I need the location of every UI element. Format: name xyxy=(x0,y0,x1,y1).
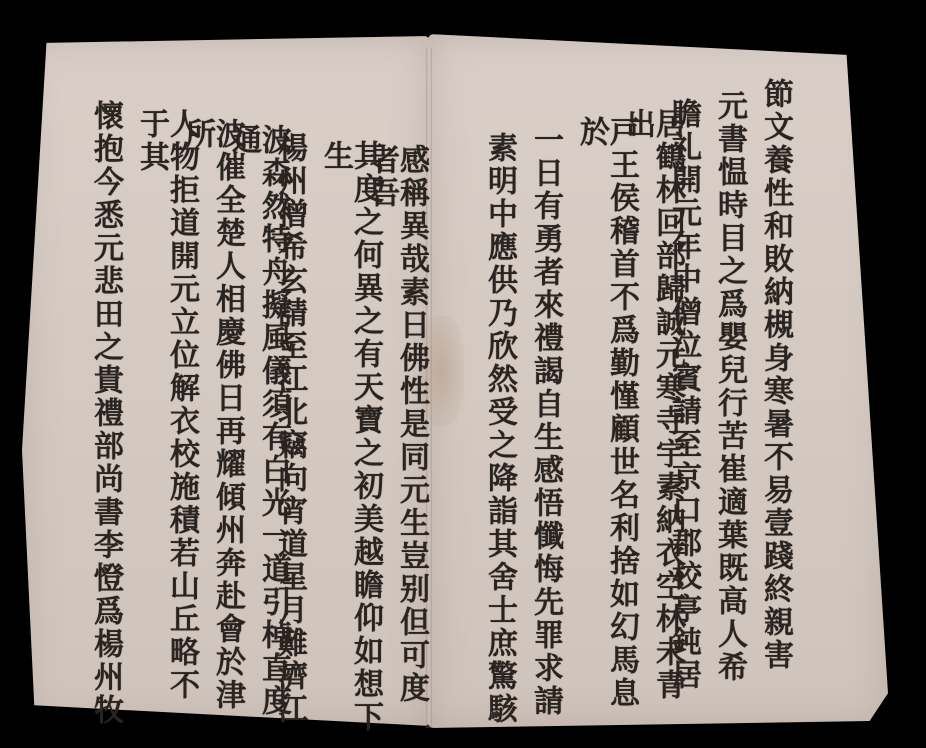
right-page-column-1: 節文養性和敗納槻身寒暑不易壹踐終親害 xyxy=(760,78,790,672)
left-page-column-2: 其度之何異之有天寶之初美越瞻仰如想下生 xyxy=(320,140,380,734)
left-page-column-6: 人物拒道開元立位解衣校施積若山丘略不于其 xyxy=(136,108,196,734)
left-page-column-7: 懷抱今悉元悲田之貴禮部尚書李憕爲楊州牧 xyxy=(90,100,120,727)
right-page-column-5: 戸王侯稽首不爲勤慬顧世名利捨如幻馬息於 xyxy=(576,116,636,734)
right-page-column-6: 一日有勇者來禮謁自生感悟懺悔先罪求請 xyxy=(530,124,560,718)
right-page-column-7: 素明中應供乃欣然受之降詣其舍士庶驚駭 xyxy=(484,132,514,726)
right-page-column-2: 元書愠時目之爲嬰兒行苦崔適葉既高人希 xyxy=(714,90,744,684)
open-manuscript-book: 節文養性和敗納槻身寒暑不易壹踐終親害 元書愠時目之爲嬰兒行苦崔適葉既高人希 瞻礼… xyxy=(22,28,914,734)
